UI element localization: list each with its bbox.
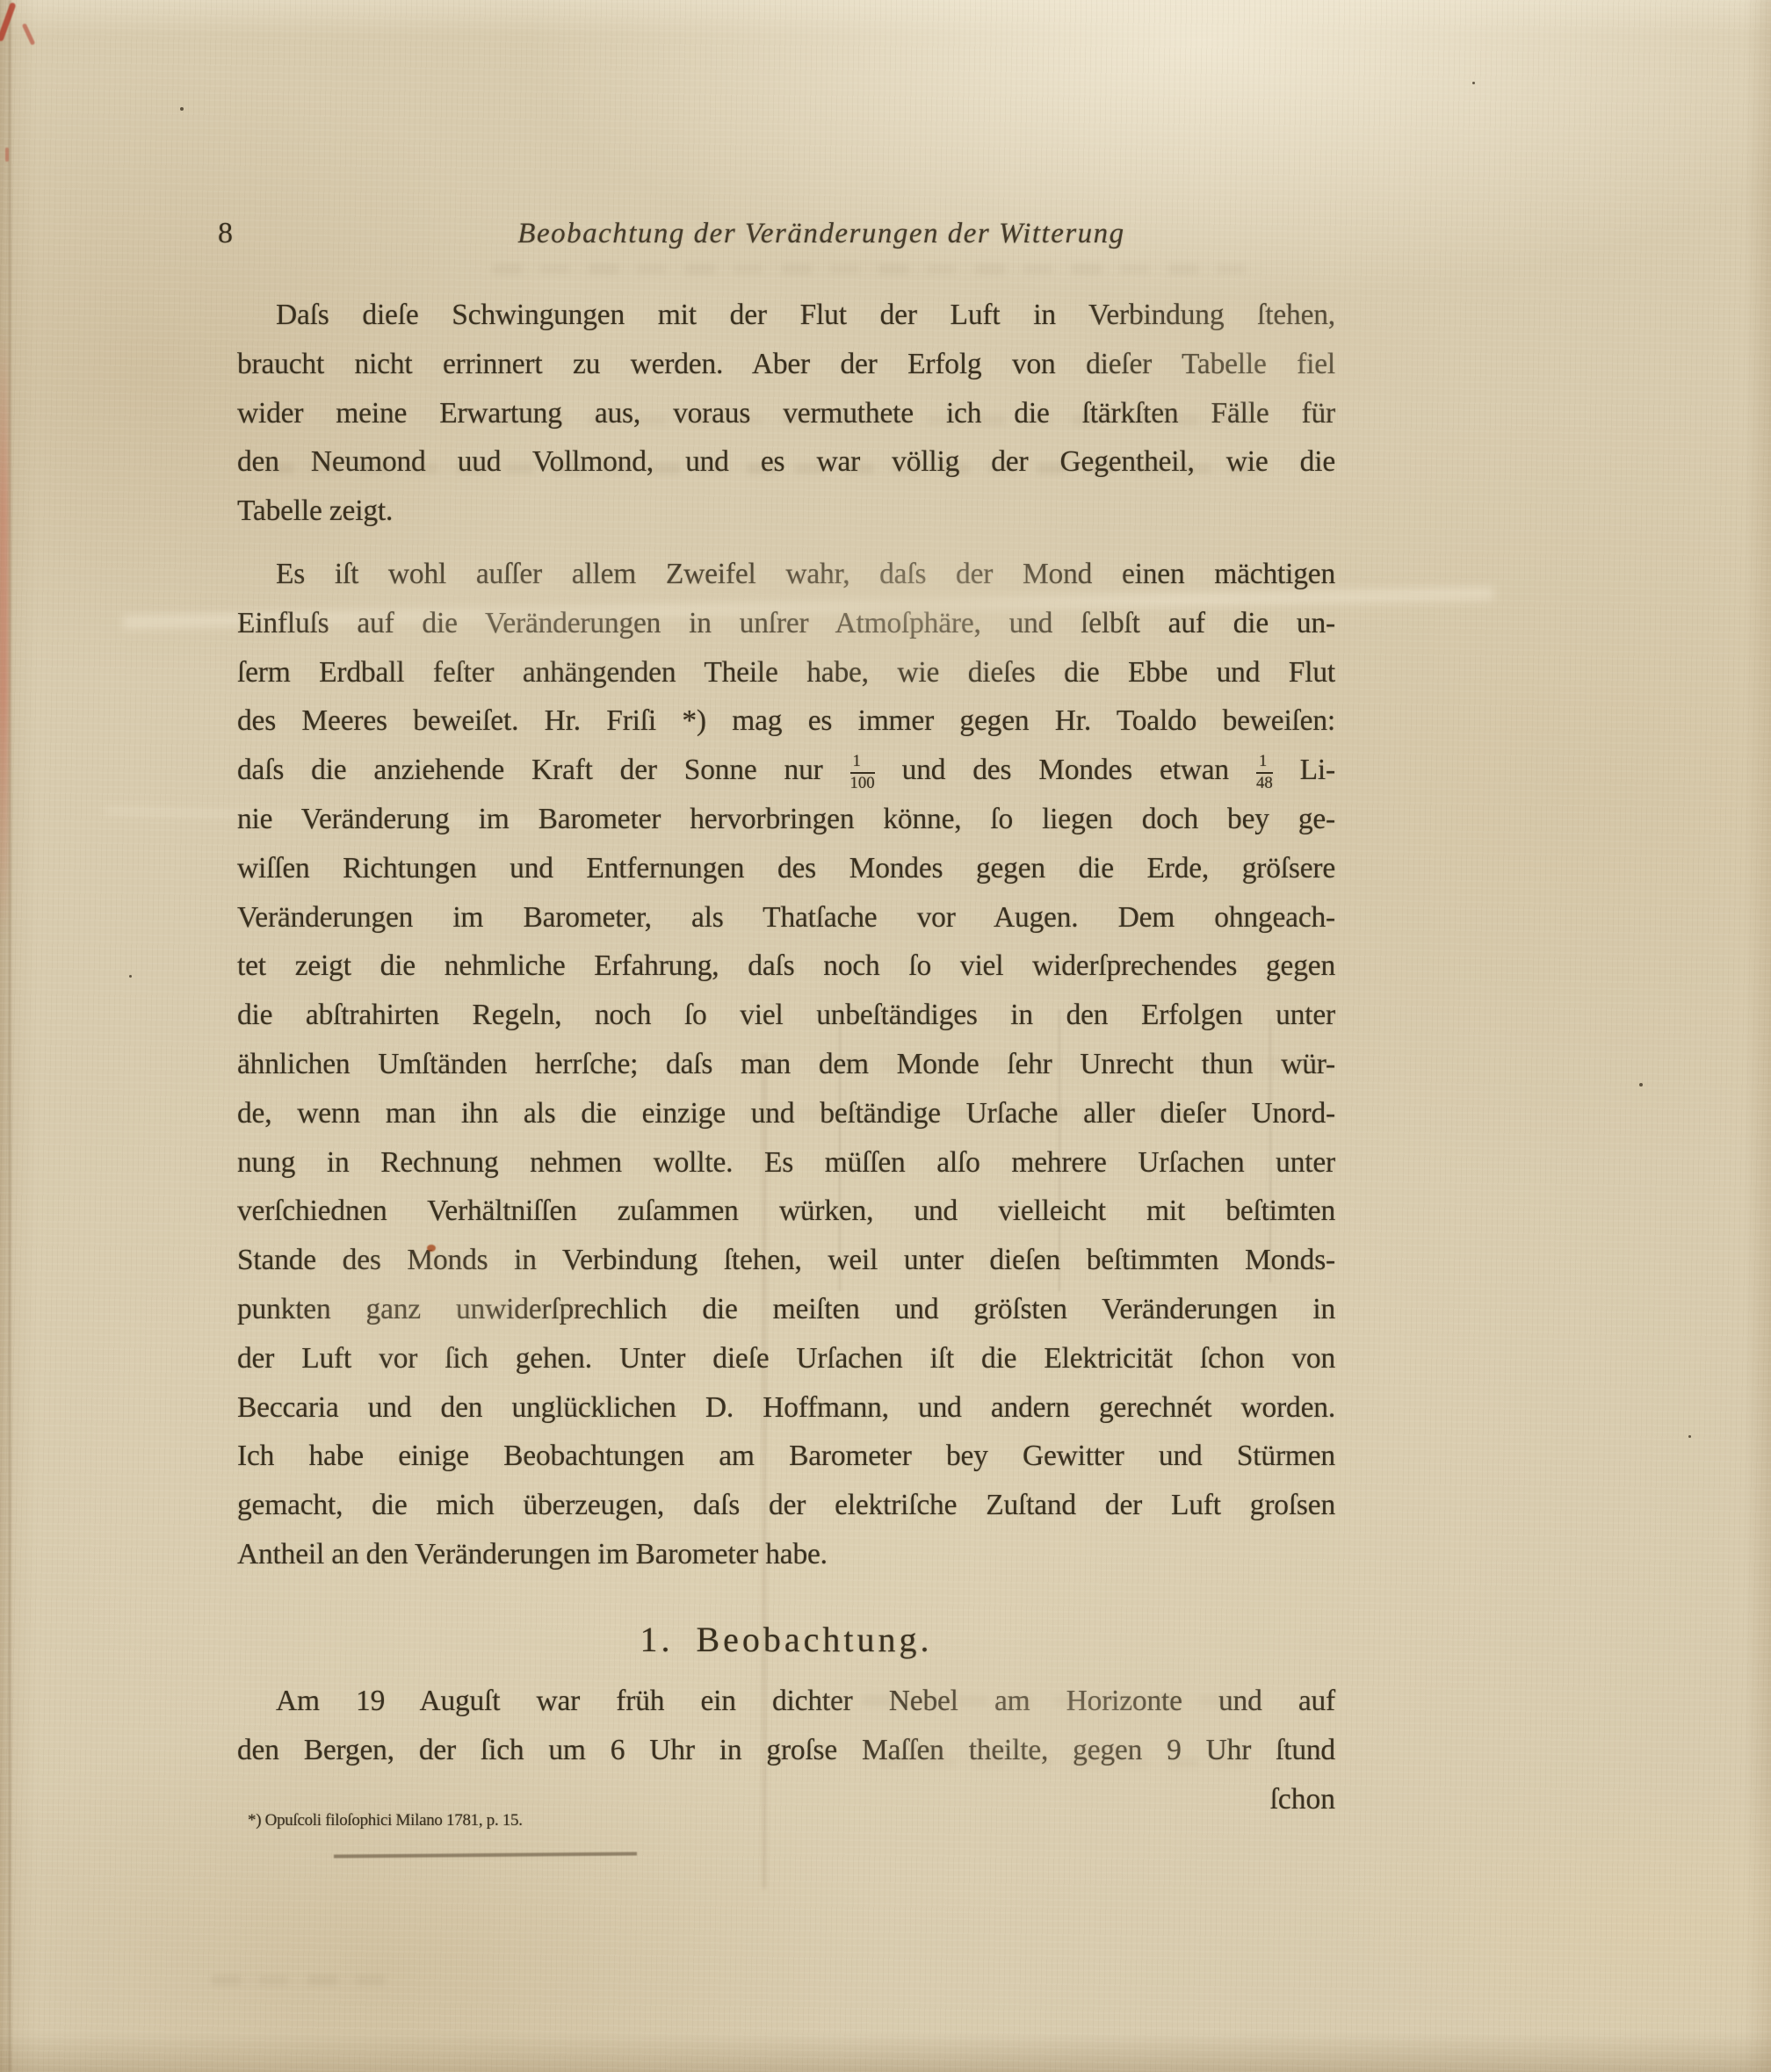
- ink-speck: [180, 107, 184, 111]
- fraction-line-pre: daſs die anziehende Kraft der Sonne nur: [237, 754, 823, 786]
- ink-speck: [1472, 82, 1475, 84]
- ink-speck: [129, 975, 132, 978]
- rust-spot: [427, 1245, 436, 1252]
- text-line: den Neumond uud Vollmond, und es war völ…: [237, 437, 1335, 487]
- footnote: *) Opuſcoli filoſophici Milano 1781, p. …: [248, 1809, 1038, 1832]
- text-line: Veränderungen im Barometer, als Thatſach…: [237, 893, 1335, 942]
- running-title: Beobachtung der Veränderungen der Witter…: [290, 216, 1353, 251]
- fraction-numerator: 1: [850, 753, 875, 773]
- text-line: punkten ganz unwiderſprechlich die meiſt…: [237, 1285, 1335, 1334]
- text-line: Einfluſs auf die Veränderungen in unſrer…: [237, 599, 1335, 648]
- text-line: Ich habe einige Beobachtungen am Baromet…: [237, 1432, 1335, 1481]
- paragraph: Daſs dieſe Schwingungen mit der Flut der…: [237, 291, 1335, 536]
- footnote-underline: [334, 1852, 637, 1858]
- ink-speck: [1688, 1435, 1691, 1438]
- text-line: Beccaria und den unglücklichen D. Hoffma…: [237, 1383, 1335, 1433]
- text-line: braucht nicht errinnert zu werden. Aber …: [237, 340, 1335, 389]
- fraction-denominator: 100: [850, 774, 875, 792]
- section-heading: 1. Beobachtung.: [237, 1618, 1335, 1662]
- fraction-denominator: 48: [1256, 774, 1273, 792]
- page-number: 8: [218, 216, 233, 251]
- text-line: wider meine Erwartung aus, voraus vermut…: [237, 389, 1335, 438]
- red-ink-mark: [5, 148, 9, 162]
- left-fold-line: [9, 0, 11, 2072]
- text-line: Stande des Monds in Verbindung ſtehen, w…: [237, 1236, 1335, 1285]
- text-line: Es iſt wohl auſſer allem Zweifel wahr, d…: [237, 550, 1335, 599]
- text-line: Tabelle zeigt.: [237, 487, 1335, 536]
- text-line-with-fractions: daſs die anziehende Kraft der Sonne nur …: [237, 746, 1335, 795]
- fraction: 148: [1256, 753, 1273, 792]
- red-edge-streak: [0, 325, 9, 940]
- text-line: de, wenn man ihn als die einzige und beſ…: [237, 1089, 1335, 1138]
- text-line: Daſs dieſe Schwingungen mit der Flut der…: [237, 291, 1335, 340]
- text-line: ſerm Erdball feſter anhängenden Theile h…: [237, 648, 1335, 697]
- text-line: nie Veränderung im Barometer hervorbring…: [237, 795, 1335, 844]
- fraction: 1100: [850, 753, 875, 792]
- text-line: wiſſen Richtungen und Entfernungen des M…: [237, 844, 1335, 893]
- text-line: gemacht, die mich überzeugen, daſs der e…: [237, 1481, 1335, 1530]
- fraction-line-mid: und des Mondes etwan: [902, 754, 1229, 786]
- text-line: die abſtrahirten Regeln, noch ſo viel un…: [237, 991, 1335, 1040]
- text-line: des Meeres beweiſet. Hr. Friſi *) mag es…: [237, 697, 1335, 746]
- show-through-band: [211, 1975, 387, 1986]
- red-ink-mark: [22, 23, 36, 46]
- paragraph: Am 19 Auguſt war früh ein dichter Nebel …: [237, 1677, 1335, 1775]
- fraction-numerator: 1: [1256, 753, 1273, 773]
- text-line: verſchiednen Verhältniſſen zuſammen würk…: [237, 1187, 1335, 1236]
- text-line: Am 19 Auguſt war früh ein dichter Nebel …: [237, 1677, 1335, 1726]
- text-line: tet zeigt die nehmliche Erfahrung, daſs …: [237, 942, 1335, 991]
- paragraph: Es iſt wohl auſſer allem Zweifel wahr, d…: [237, 550, 1335, 1579]
- text-line: den Bergen, der ſich um 6 Uhr in groſse …: [237, 1726, 1335, 1775]
- ink-speck: [1639, 1083, 1643, 1087]
- text-line: der Luft vor ſich gehen. Unter dieſe Urſ…: [237, 1334, 1335, 1383]
- text-line: Antheil an den Veränderungen im Baromete…: [237, 1530, 1335, 1579]
- fraction-line-post: Li-: [1300, 754, 1335, 786]
- show-through-band: [492, 264, 1265, 275]
- scanned-book-page: 8 Beobachtung der Veränderungen der Witt…: [0, 0, 1771, 2072]
- text-line: ähnlichen Umſtänden herrſche; daſs man d…: [237, 1040, 1335, 1089]
- text-line: nung in Rechnung nehmen wollte. Es müſſe…: [237, 1138, 1335, 1188]
